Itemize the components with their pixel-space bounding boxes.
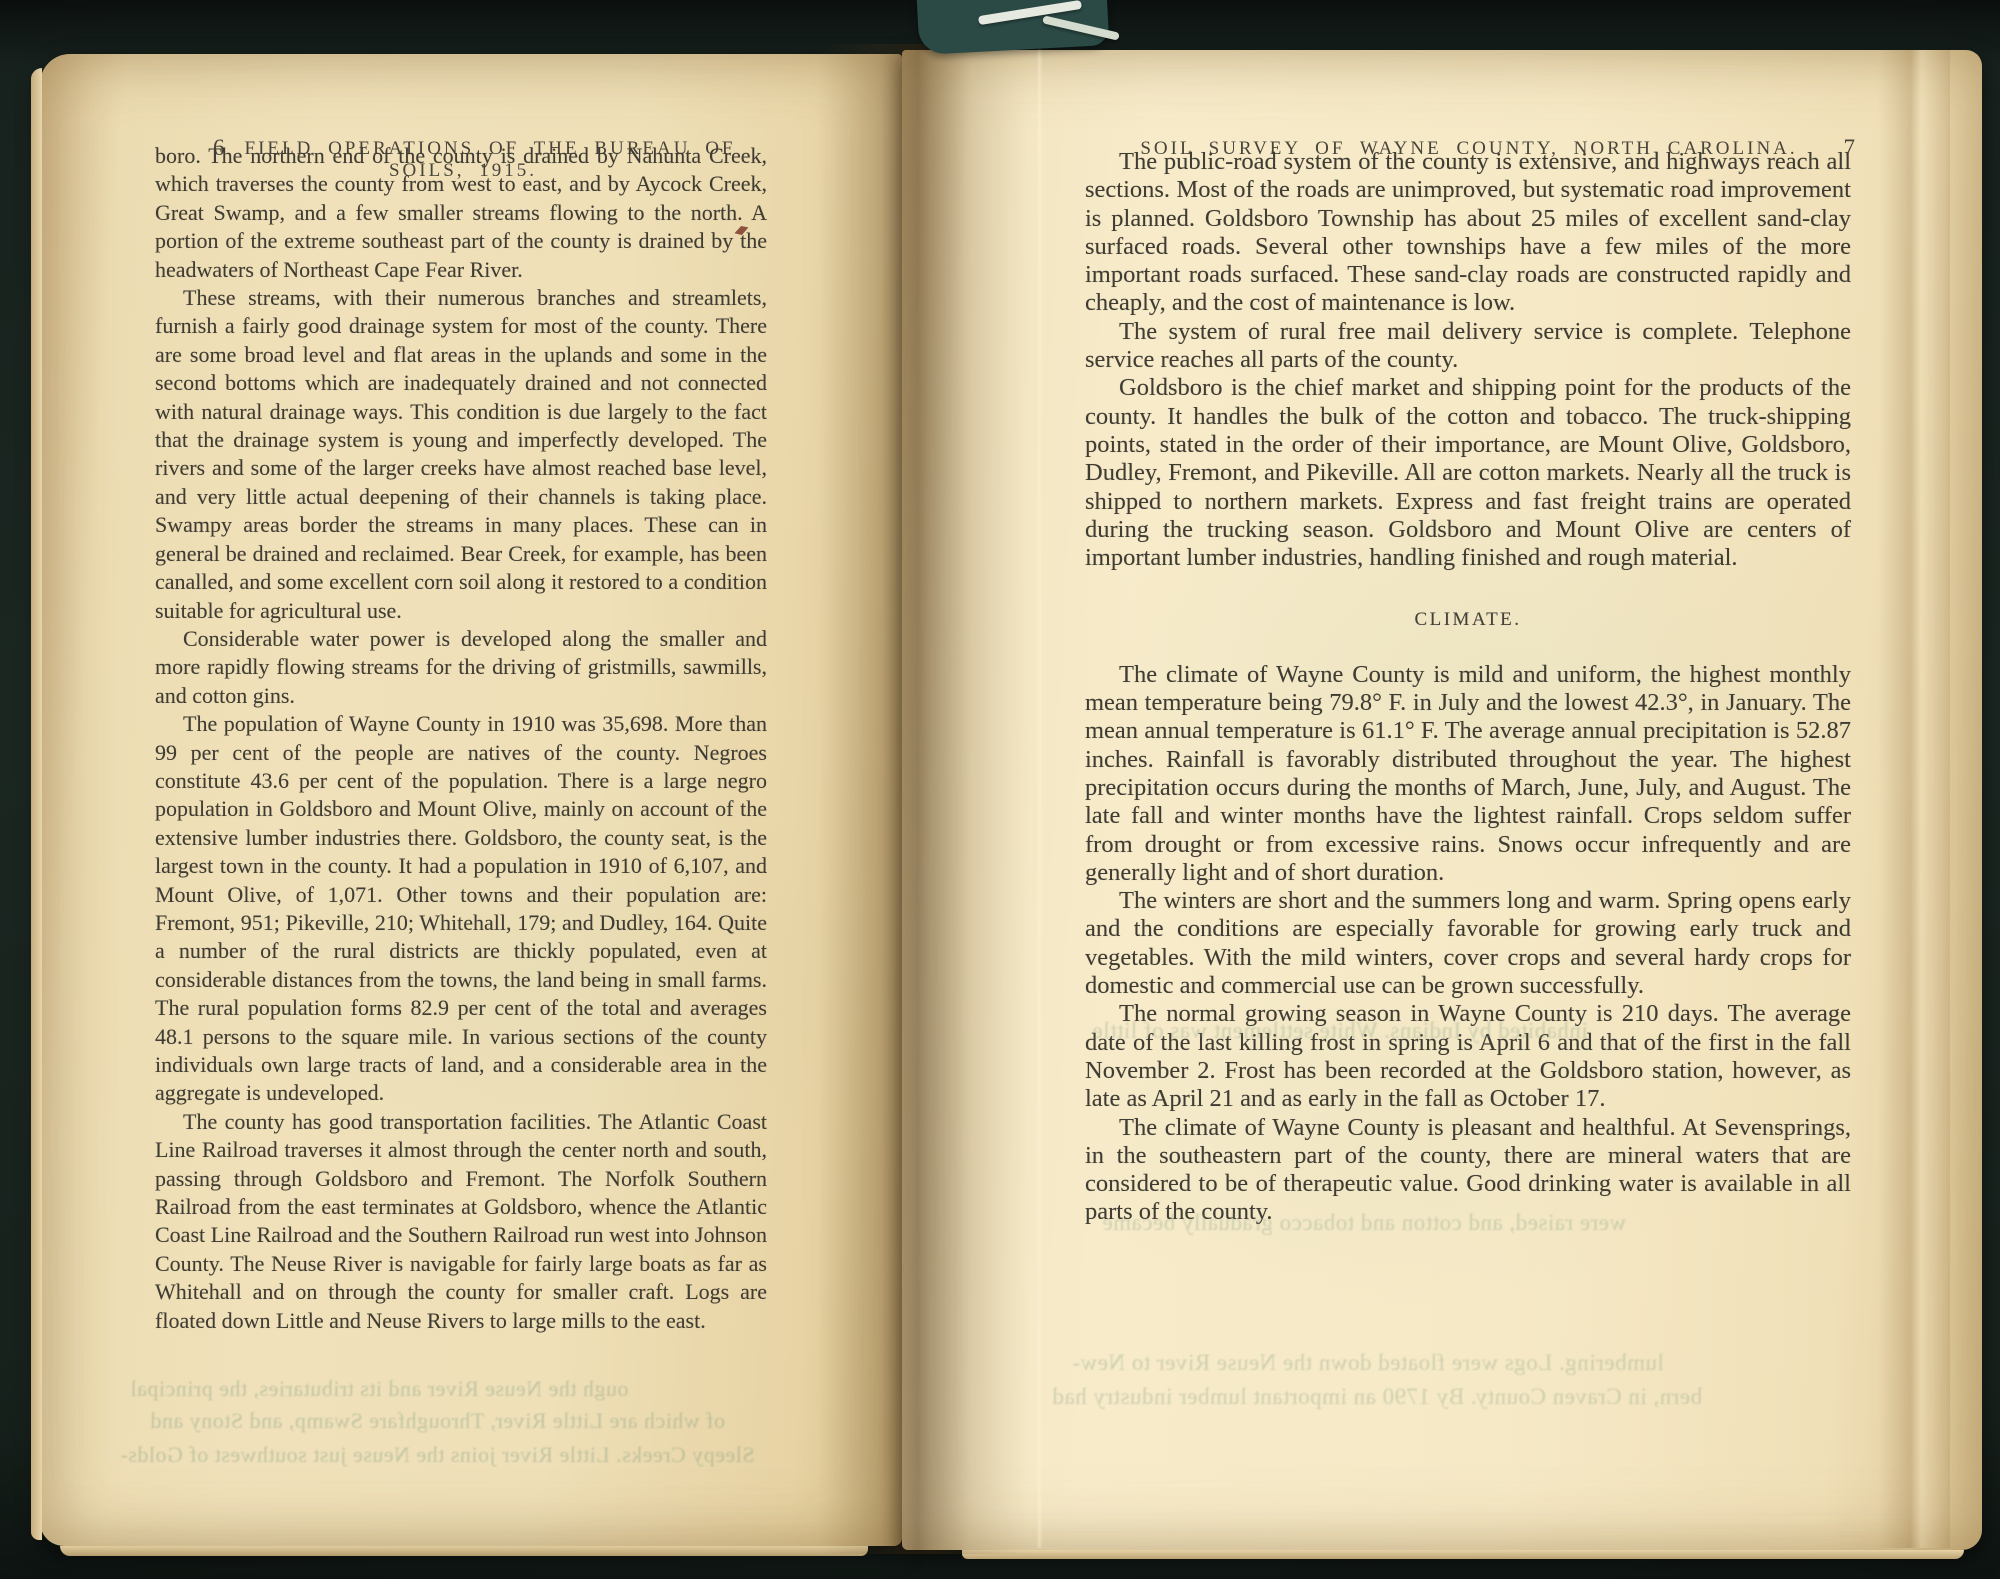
bleedthrough-text: Sleepy Creeks. Little River joins the Ne… [120,1442,755,1468]
page-left: 6 FIELD OPERATIONS OF THE BUREAU OF SOIL… [40,54,902,1546]
bleedthrough-text: ough the Neuse River and its tributaries… [130,1376,629,1402]
paragraph: The public-road system of the county is … [1085,148,1851,318]
section-heading-climate: CLIMATE. [1085,606,1851,634]
paragraph: The system of rural free mail delivery s… [1085,318,1851,375]
page-right: SOIL SURVEY OF WAYNE COUNTY, NORTH CAROL… [902,50,1982,1550]
right-page-body: The public-road system of the county is … [1085,148,1851,1227]
paragraph: boro. The northern end of the county is … [155,142,767,284]
bleedthrough-text: of which are Little River, Throughfare S… [150,1408,725,1434]
paragraph: The population of Wayne County in 1910 w… [155,710,767,1108]
paragraph: The county has good transportation facil… [155,1108,767,1335]
left-page-body: boro. The northern end of the county is … [155,142,767,1335]
paragraph: Goldsboro is the chief market and shippi… [1085,374,1851,572]
bleedthrough-text: bern, in Craven County. By 1790 an impor… [1052,1384,1702,1410]
paragraph: Considerable water power is developed al… [155,625,767,710]
paragraph: The climate of Wayne County is mild and … [1085,661,1851,887]
open-book-photo: 6 FIELD OPERATIONS OF THE BUREAU OF SOIL… [0,0,2000,1579]
paragraph: The climate of Wayne County is pleasant … [1085,1114,1851,1227]
paragraph: The normal growing season in Wayne Count… [1085,1000,1851,1113]
paragraph: The winters are short and the summers lo… [1085,887,1851,1000]
paragraph: These streams, with their numerous branc… [155,284,767,625]
bleedthrough-text: lumbering. Logs were floated down the Ne… [1072,1350,1664,1376]
